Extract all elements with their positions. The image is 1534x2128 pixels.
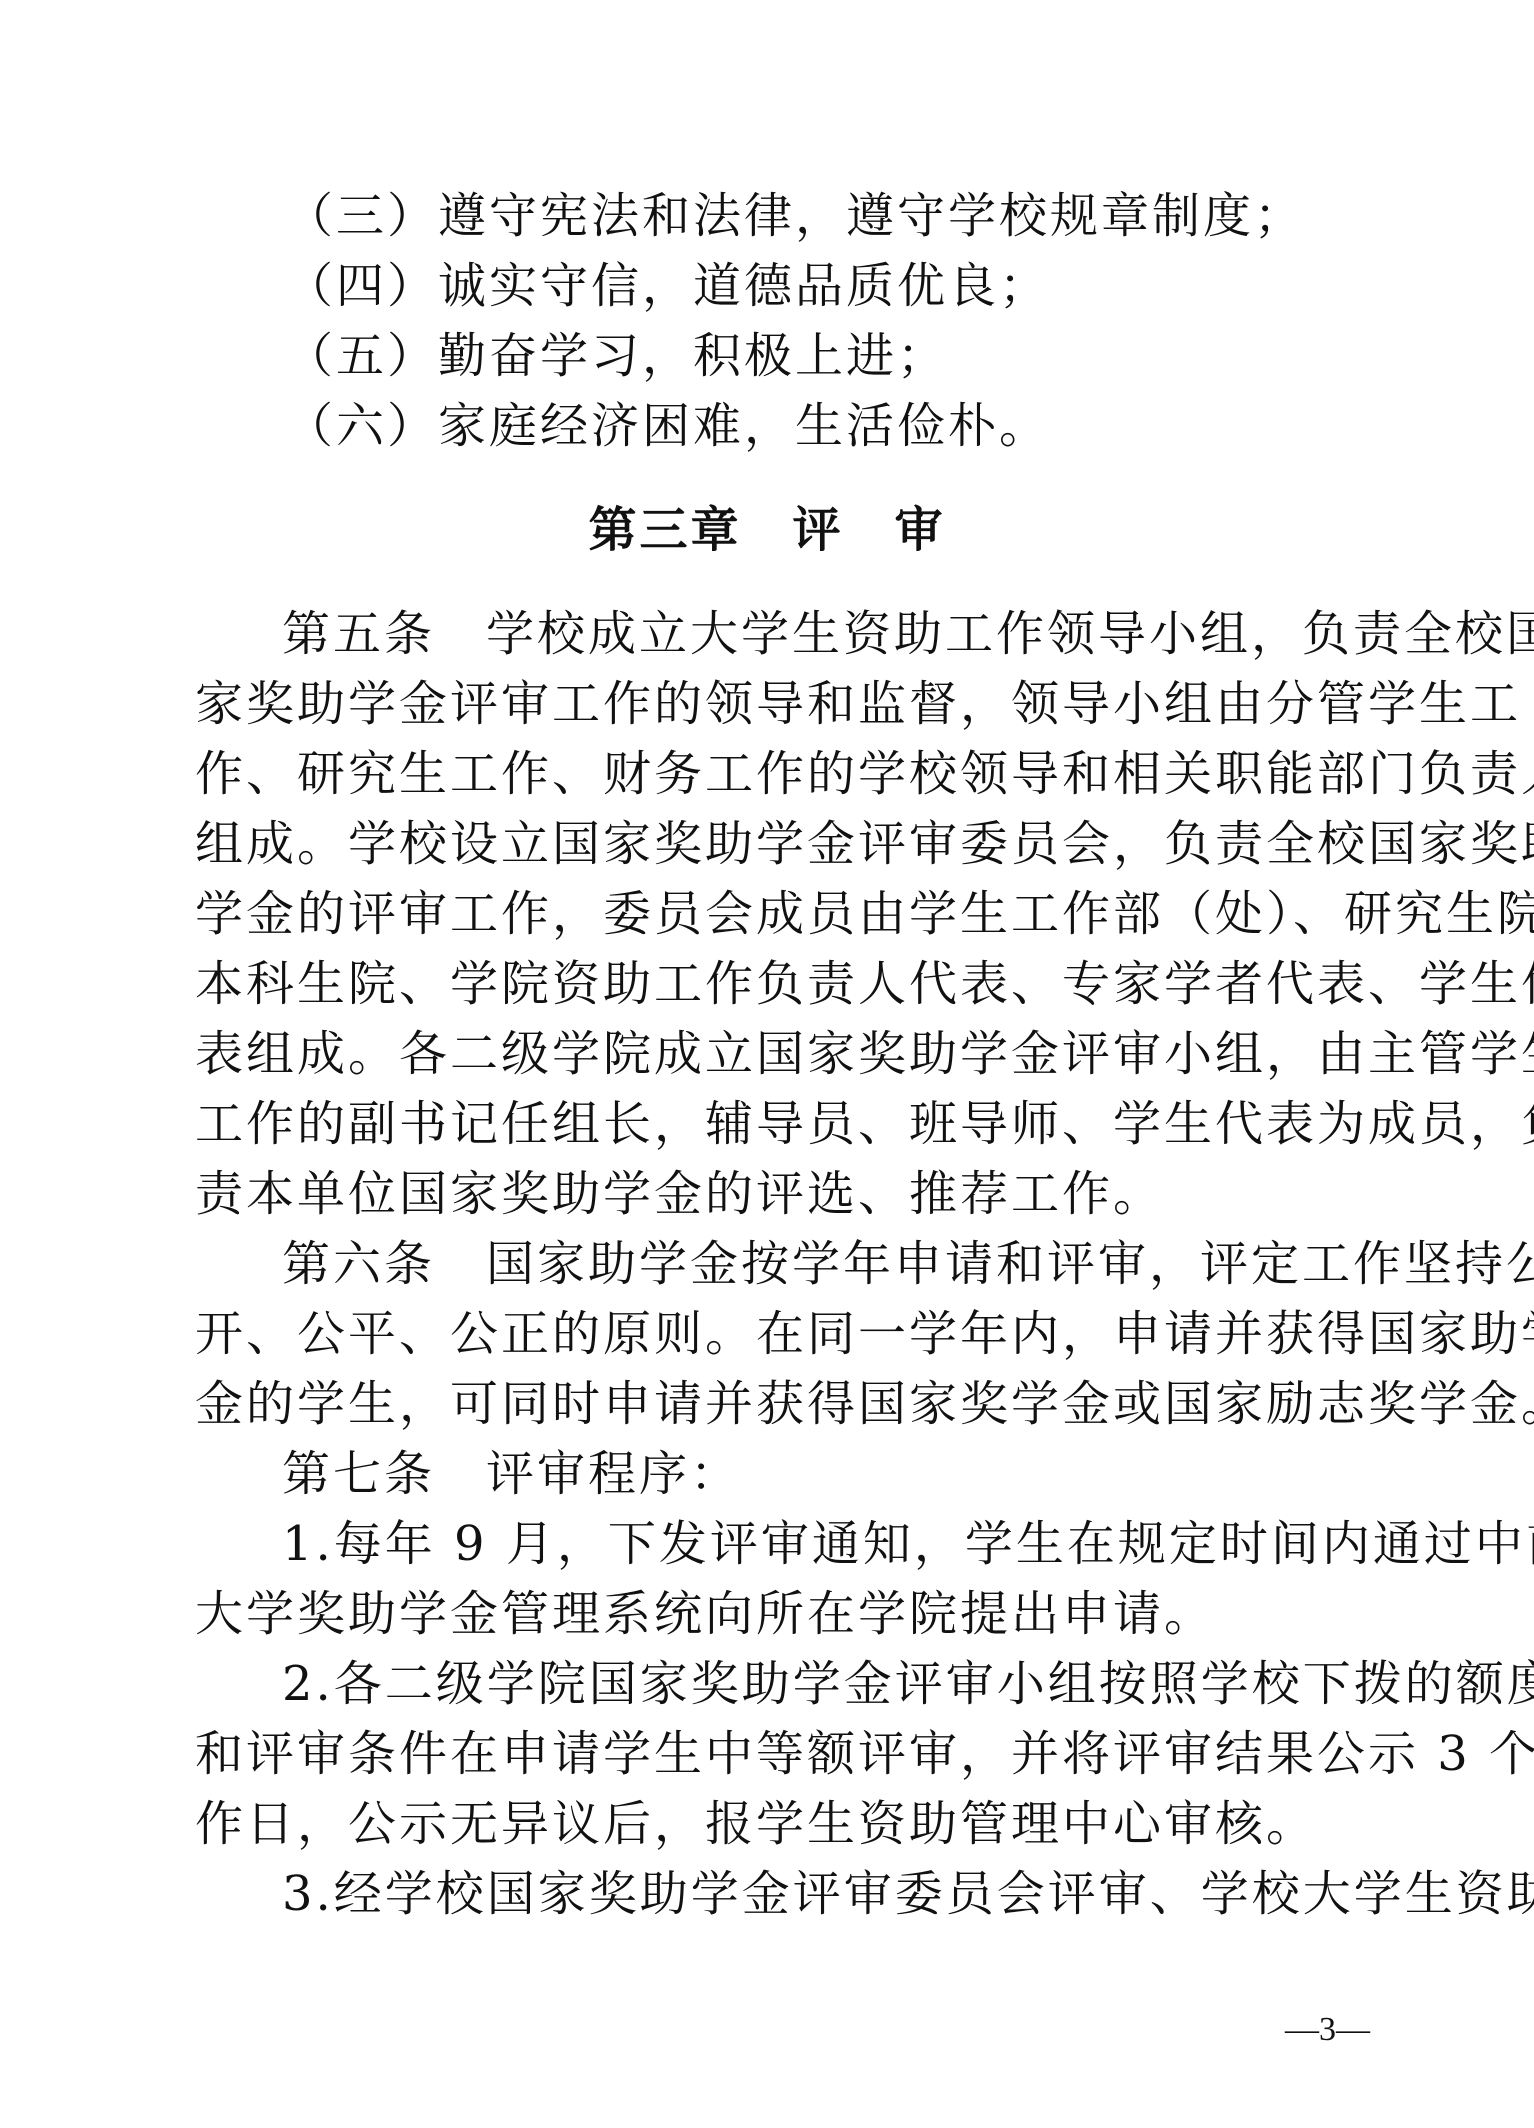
step-2-line: 2.各二级学院国家奖助学金评审小组按照学校下拨的额度 xyxy=(282,1654,1330,1714)
step-2-line: 和评审条件在申请学生中等额评审，并将评审结果公示 3 个工 xyxy=(195,1724,1330,1784)
paragraph-line: 表组成。各二级学院成立国家奖助学金评审小组，由主管学生 xyxy=(195,1024,1330,1084)
list-item-5: （五）勤奋学习，积极上进； xyxy=(285,326,948,386)
step-2-line: 作日，公示无异议后，报学生资助管理中心审核。 xyxy=(195,1794,1330,1854)
step-1-line: 大学奖助学金管理系统向所在学院提出申请。 xyxy=(195,1584,1330,1644)
list-item-6: （六）家庭经济困难，生活俭朴。 xyxy=(285,396,1050,456)
chapter-title: 第三章 评 审 xyxy=(0,500,1534,560)
list-item-4: （四）诚实守信，道德品质优良； xyxy=(285,256,1050,316)
paragraph-line: 开、公平、公正的原则。在同一学年内，申请并获得国家助学 xyxy=(195,1304,1330,1364)
paragraph-line: 工作的副书记任组长，辅导员、班导师、学生代表为成员，负 xyxy=(195,1094,1330,1154)
step-1-line: 1.每年 9 月，下发评审通知，学生在规定时间内通过中南 xyxy=(282,1514,1330,1574)
paragraph-line: 责本单位国家奖助学金的评选、推荐工作。 xyxy=(195,1164,1330,1224)
paragraph-line: 第六条 国家助学金按学年申请和评审，评定工作坚持公 xyxy=(282,1234,1330,1294)
step-3-line: 3.经学校国家奖助学金评审委员会评审、学校大学生资助 xyxy=(282,1864,1330,1924)
paragraph-line: 学金的评审工作，委员会成员由学生工作部（处）、研究生院、 xyxy=(195,884,1330,944)
paragraph-line: 组成。学校设立国家奖助学金评审委员会，负责全校国家奖助 xyxy=(195,814,1330,874)
article-heading: 第七条 评审程序： xyxy=(282,1444,1330,1504)
paragraph-line: 本科生院、学院资助工作负责人代表、专家学者代表、学生代 xyxy=(195,954,1330,1014)
list-item-3: （三）遵守宪法和法律，遵守学校规章制度； xyxy=(285,186,1305,246)
paragraph-line: 金的学生，可同时申请并获得国家奖学金或国家励志奖学金。 xyxy=(195,1374,1330,1434)
page-number: —3— xyxy=(1285,2010,1370,2050)
paragraph-line: 第五条 学校成立大学生资助工作领导小组，负责全校国 xyxy=(282,604,1330,664)
paragraph-line: 作、研究生工作、财务工作的学校领导和相关职能部门负责人 xyxy=(195,744,1330,804)
paragraph-line: 家奖助学金评审工作的领导和监督，领导小组由分管学生工 xyxy=(195,674,1330,734)
